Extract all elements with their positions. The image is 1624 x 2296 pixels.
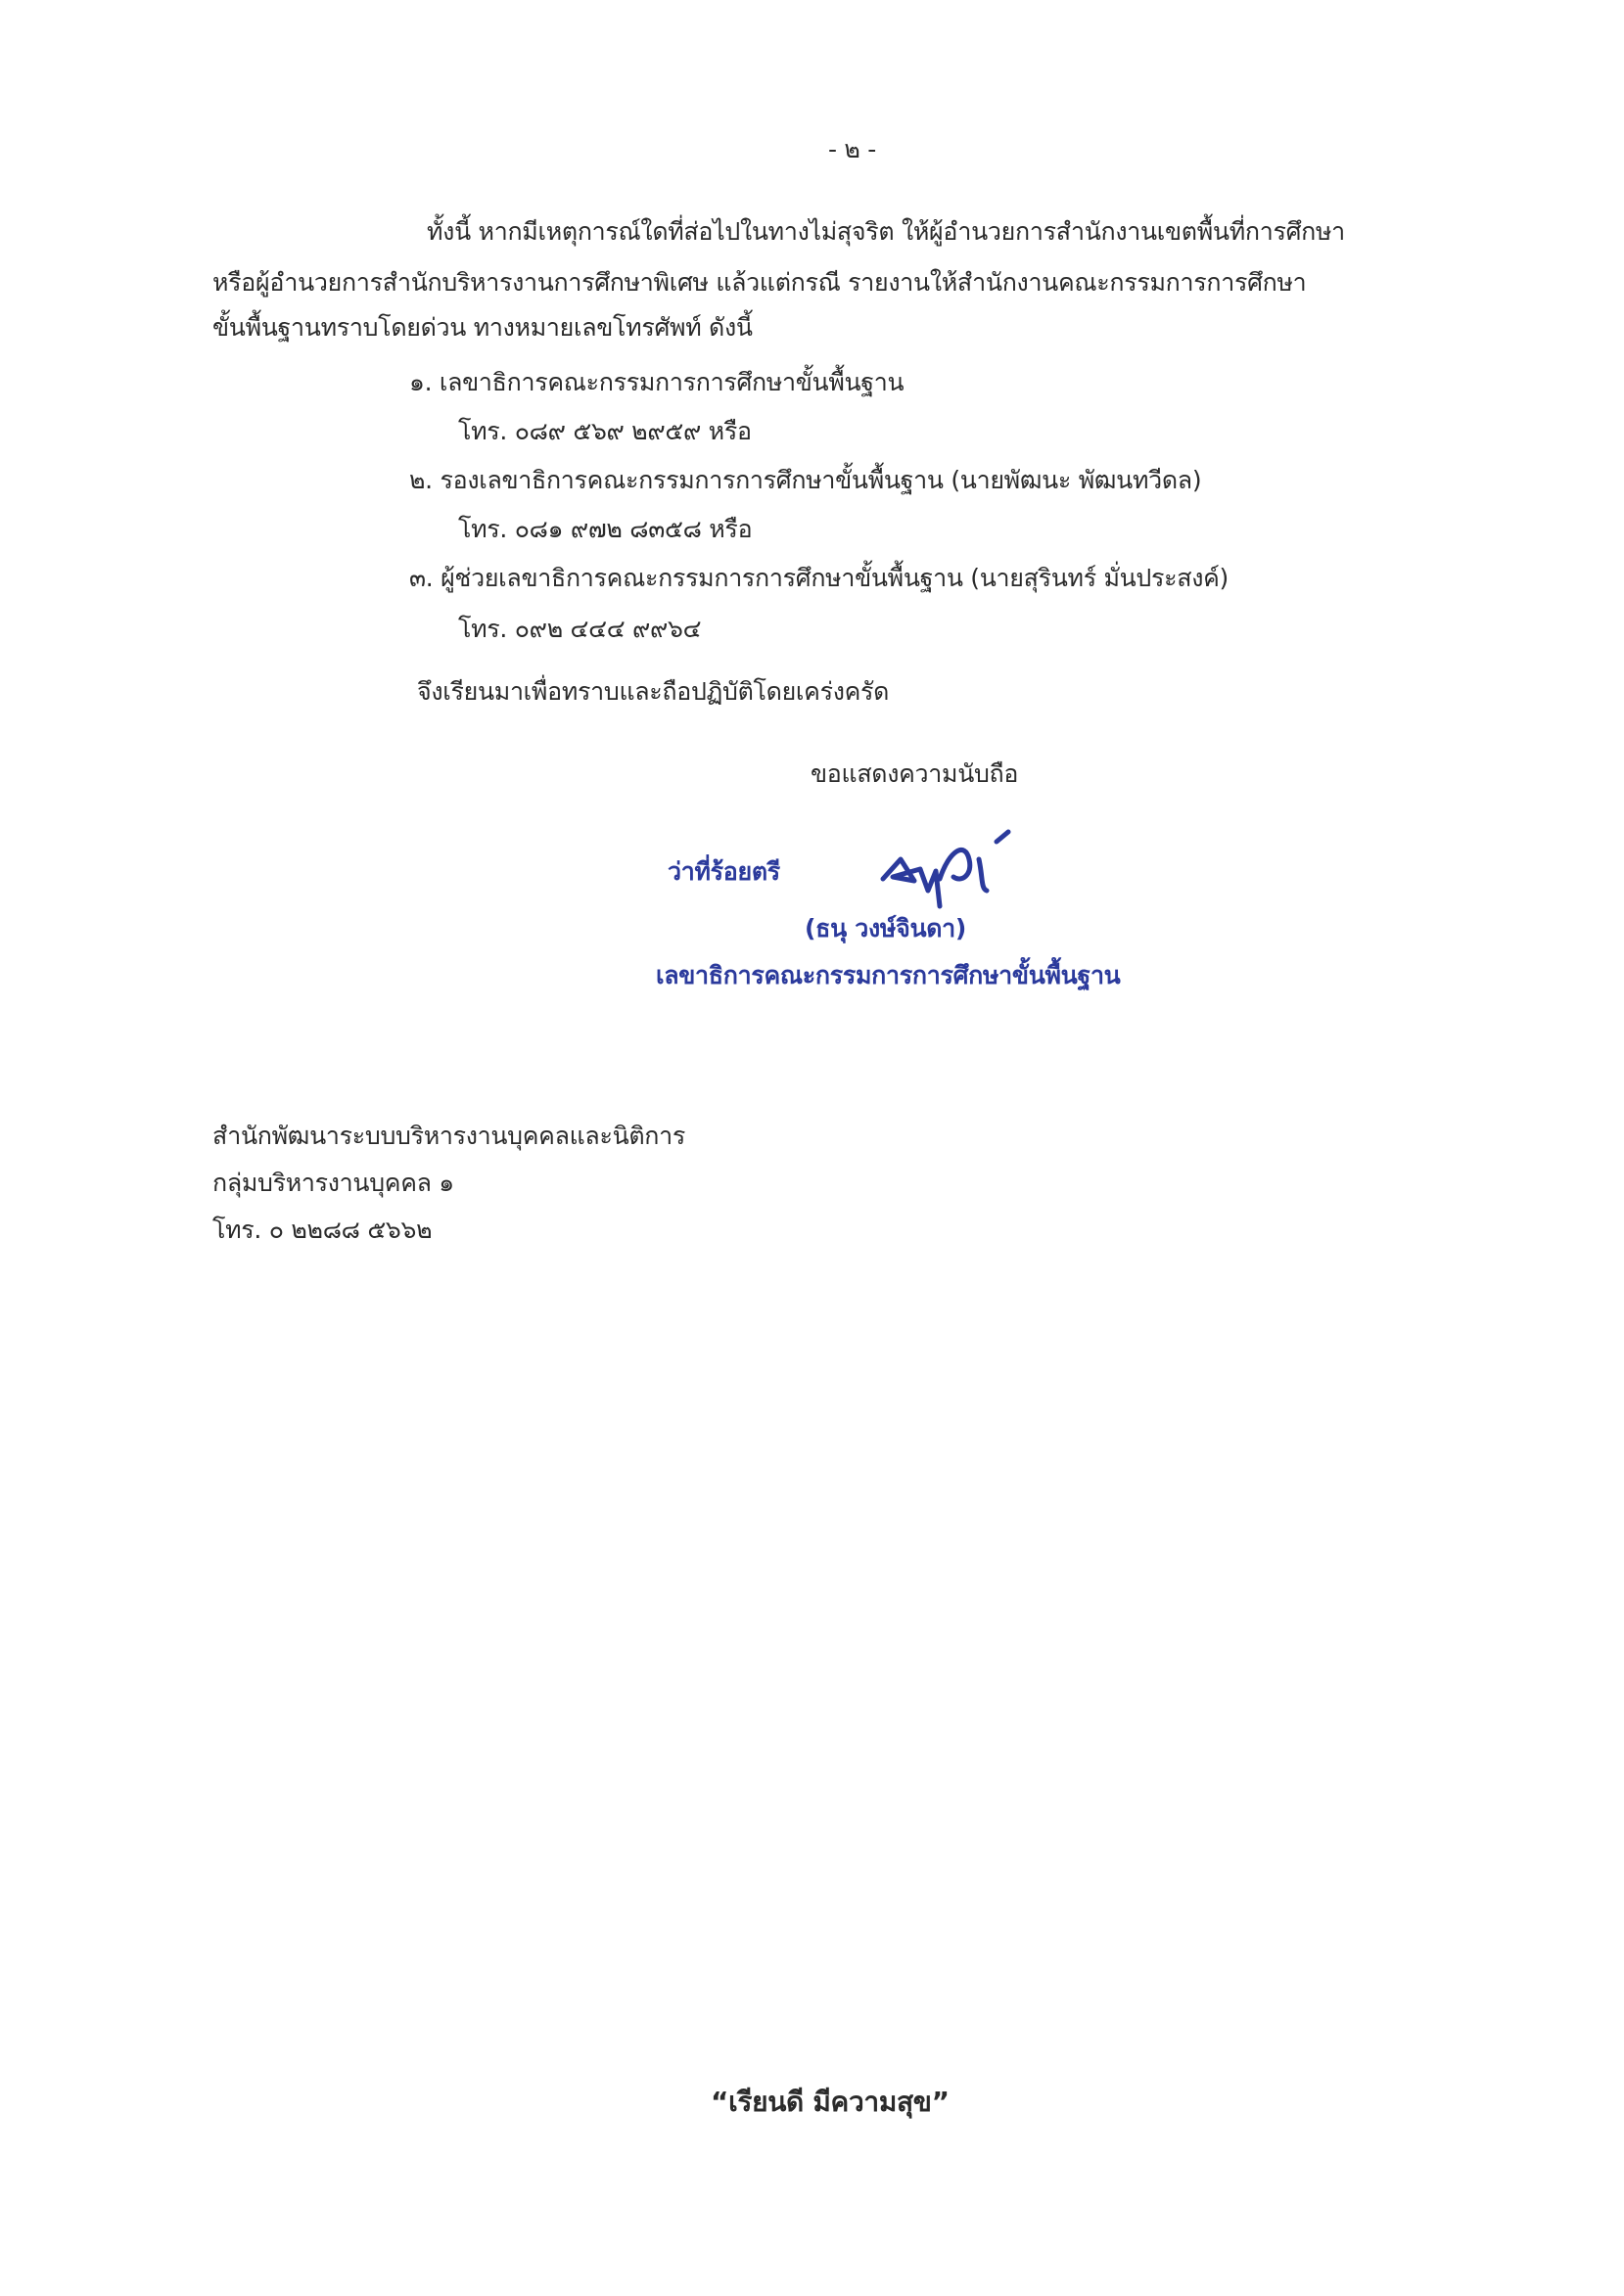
salutation: ขอแสดงความนับถือ: [811, 761, 1018, 786]
handwritten-signature: [871, 820, 1038, 918]
closing-line: จึงเรียนมาเพื่อทราบและถือปฏิบัติโดยเคร่ง…: [417, 679, 889, 704]
signer-position: เลขาธิการคณะกรรมการการศึกษาขั้นพื้นฐาน: [656, 963, 1120, 987]
contact-3-title: ๓. ผู้ช่วยเลขาธิการคณะกรรมการการศึกษาขั้…: [409, 566, 1229, 590]
slogan: “เรียนดี มีความสุข”: [711, 2089, 950, 2116]
page-number: - ๒ -: [828, 137, 876, 161]
footer-office: สำนักพัฒนาระบบบริหารงานบุคคลและนิติการ: [212, 1124, 685, 1148]
signer-name: (ธนุ วงษ์จินดา): [805, 916, 966, 941]
paragraph-line-2: หรือผู้อำนวยการสำนักบริหารงานการศึกษาพิเ…: [212, 270, 1306, 295]
contact-3-phone: โทร. ๐๙๒ ๔๔๔ ๙๙๖๔: [458, 617, 701, 641]
contact-2-title: ๒. รองเลขาธิการคณะกรรมการการศึกษาขั้นพื้…: [409, 468, 1201, 492]
signer-rank: ว่าที่ร้อยตรี: [668, 859, 780, 884]
contact-1-phone: โทร. ๐๘๙ ๕๖๙ ๒๙๕๙ หรือ: [458, 419, 752, 443]
contact-1-title: ๑. เลขาธิการคณะกรรมการการศึกษาขั้นพื้นฐา…: [409, 370, 904, 394]
footer-phone: โทร. ๐ ๒๒๘๘ ๕๖๖๒: [212, 1217, 432, 1242]
footer-group: กลุ่มบริหารงานบุคคล ๑: [212, 1171, 454, 1195]
paragraph-line-1: ทั้งนี้ หากมีเหตุการณ์ใดที่ส่อไปในทางไม่…: [427, 219, 1345, 244]
paragraph-line-3: ขั้นพื้นฐานทราบโดยด่วน ทางหมายเลขโทรศัพท…: [212, 315, 753, 340]
contact-2-phone: โทร. ๐๘๑ ๙๗๒ ๘๓๕๘ หรือ: [458, 517, 752, 541]
